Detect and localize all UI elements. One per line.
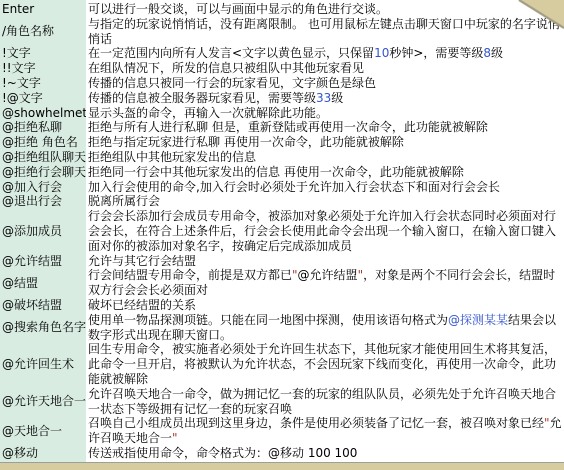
command-cell: @添加成员 [0,209,86,253]
command-cell: !@文字 [0,91,86,106]
table-row: @允许结盟允许与其它行会结盟 [0,254,564,269]
description-cell: 加入行会使用的命令,加入行会时必须处于允许加入行会状态下和面对行会会长 [86,180,564,195]
table-row: Enter可以进行一般交谈，可以与画面中显示的角色进行交谈。 [0,2,564,17]
table-row: @拒绝私聊拒绝与所有人进行私聊 但是，重新登陆或再使用一次命令，此功能就被解除 [0,120,564,135]
description-cell: 破坏已经结盟的关系 [86,298,564,313]
description-text: 级 [331,91,343,105]
description-cell: 召唤自己小组成员出现到这里身边，条件是使用必须装备了记忆一套，被召唤对象已经"允… [86,416,564,446]
description-text: 在一定范围内向所有人发言<文字以黄色显示，只保留 [88,46,374,60]
table-row: @拒绝行会聊天拒绝同一行会中其他玩家发出的信息 再使用一次命令，此功能就被解除 [0,165,564,180]
description-text: 拒绝同一行会中其他玩家发出的信息 再使用一次命令，此功能就被解除 [88,165,464,179]
command-cell: @搜索角色名字 [0,313,86,343]
description-cell: 拒绝与指定玩家进行私聊 再使用一次命令，此功能就被解除 [86,135,564,150]
table-row: @允许回生术回生专用命令，被实施者必须处于允许回生状态下，其他玩家才能使用回生术… [0,342,564,386]
table-row: @退出行会脱离所属行会 [0,194,564,209]
description-text: 显示头盔的命令，再输入一次就解除此功能。 [88,106,328,120]
command-cell: @天地合一 [0,416,86,446]
description-highlight: 8 [483,46,491,60]
description-highlight: 33 [316,91,331,105]
description-text: 可以进行一般交谈，可以与画面中显示的角色进行交谈。 [88,2,388,16]
description-text: 允许与其它行会结盟 [88,254,196,268]
description-text: 允许召唤天地合一命令，做为拥记忆一套的玩家的组队队员，必须先处于允许召唤天地合一… [88,387,556,416]
command-cell: @加入行会 [0,180,86,195]
table-row: /角色名称与指定的玩家说悄悄话，没有距离限制。 也可用鼠标左键点击聊天窗口中玩家… [0,17,564,47]
command-cell: Enter [0,2,86,17]
table-row: @showhelmet显示头盔的命令，再输入一次就解除此功能。 [0,106,564,121]
description-text: 破坏已经结盟的关系 [88,298,196,312]
description-highlight: @探测某某 [448,313,508,327]
description-cell: 传播的信息被全服务器玩家看见，需要等级33级 [86,91,564,106]
table-row: !~文字传播的信息只被同一行会的玩家看见，文字颜色是绿色 [0,76,564,91]
description-cell: 脱离所属行会 [86,194,564,209]
description-cell: 拒绝组队中其他玩家发出的信息 [86,150,564,165]
table-row: !@文字传播的信息被全服务器玩家看见，需要等级33级 [0,91,564,106]
table-row: @移动传送戒指使用命令，命令格式为：@移动 100 100 [0,446,564,461]
table-row: !文字在一定范围内向所有人发言<文字以黄色显示，只保留10秒钟>，需要等级8级 [0,46,564,61]
command-cell: @拒绝 角色名 [0,135,86,150]
description-text: 加入行会使用的命令,加入行会时必须处于允许加入行会状态下和面对行会会长 [88,180,500,194]
table-row: @结盟行会间结盟专用命令，前提是双方都已"@允许结盟"，对象是两个不同行会会长，… [0,268,564,298]
description-cell: 回生专用命令，被实施者必须处于允许回生状态下，其他玩家才能使用回生术将其复活，此… [86,342,564,386]
command-cell: @拒绝组队聊天 [0,150,86,165]
table-row: @加入行会加入行会使用的命令,加入行会时必须处于允许加入行会状态下和面对行会会长 [0,180,564,195]
description-cell: 显示头盔的命令，再输入一次就解除此功能。 [86,106,564,121]
table-row: !!文字在组队情况下，所发的信息只被组队中其他玩家看见 [0,61,564,76]
description-cell: 允许与其它行会结盟 [86,254,564,269]
command-cell: !~文字 [0,76,86,91]
description-text: 使用单一物品探测项链。只能在同一地图中探测，使用该语句格式为 [88,313,448,327]
table-row: @天地合一召唤自己小组成员出现到这里身边，条件是使用必须装备了记忆一套，被召唤对… [0,416,564,446]
table-row: @拒绝 角色名拒绝与指定玩家进行私聊 再使用一次命令，此功能就被解除 [0,135,564,150]
description-cell: 行会会长添加行会成员专用命令，被添加对象必须处于允许加入行会状态同时必须面对行会… [86,209,564,253]
description-cell: 在一定范围内向所有人发言<文字以黄色显示，只保留10秒钟>，需要等级8级 [86,46,564,61]
command-cell: @移动 [0,446,86,461]
description-text: 拒绝组队中其他玩家发出的信息 [88,150,256,164]
panel-bottom-edge [0,462,564,463]
description-text: 回生专用命令，被实施者必须处于允许回生状态下，其他玩家才能使用回生术将其复活，此… [88,342,556,386]
description-cell: 拒绝同一行会中其他玩家发出的信息 再使用一次命令，此功能就被解除 [86,165,564,180]
description-cell: 传播的信息只被同一行会的玩家看见，文字颜色是绿色 [86,76,564,91]
description-cell: 传送戒指使用命令，命令格式为：@移动 100 100 [86,446,564,461]
command-table: Enter可以进行一般交谈，可以与画面中显示的角色进行交谈。/角色名称与指定的玩… [0,0,564,461]
table-row: @添加成员行会会长添加行会成员专用命令，被添加对象必须处于允许加入行会状态同时必… [0,209,564,253]
command-cell: @允许结盟 [0,254,86,269]
command-cell: @拒绝私聊 [0,120,86,135]
command-cell: @退出行会 [0,194,86,209]
command-cell: @结盟 [0,268,86,298]
command-cell: @允许回生术 [0,342,86,386]
description-text: @允许结盟 [298,268,358,282]
description-text: 拒绝与指定玩家进行私聊 再使用一次命令，此功能就被解除 [88,135,404,149]
command-cell: @拒绝行会聊天 [0,165,86,180]
description-text: 级 [491,46,503,60]
command-cell: !文字 [0,46,86,61]
command-cell: @允许天地合一 [0,387,86,417]
description-text: 行会会长添加行会成员专用命令，被添加对象必须处于允许加入行会状态同时必须面对行会… [88,209,556,253]
description-cell: 行会间结盟专用命令，前提是双方都已"@允许结盟"，对象是两个不同行会会长，结盟时… [86,268,564,298]
description-cell: 拒绝与所有人进行私聊 但是，重新登陆或再使用一次命令，此功能就被解除 [86,120,564,135]
description-text: 拒绝与所有人进行私聊 但是，重新登陆或再使用一次命令，此功能就被解除 [88,120,488,134]
description-text: 传播的信息只被同一行会的玩家看见，文字颜色是绿色 [88,76,376,90]
command-cell: @破坏结盟 [0,298,86,313]
description-text: 秒钟>，需要等级 [389,46,483,60]
table-row: @搜索角色名字使用单一物品探测项链。只能在同一地图中探测，使用该语句格式为@探测… [0,313,564,343]
command-reference-panel: Enter可以进行一般交谈，可以与画面中显示的角色进行交谈。/角色名称与指定的玩… [0,0,564,462]
description-text: 与指定的玩家说悄悄话，没有距离限制。 也可用鼠标左键点击聊天窗口中玩家的名字说悄… [88,17,560,46]
command-cell: @showhelmet [0,106,86,121]
command-cell: /角色名称 [0,17,86,47]
description-text: 脱离所属行会 [88,194,160,208]
description-cell: 使用单一物品探测项链。只能在同一地图中探测，使用该语句格式为@探测某某结果会以数… [86,313,564,343]
description-cell: 与指定的玩家说悄悄话，没有距离限制。 也可用鼠标左键点击聊天窗口中玩家的名字说悄… [86,17,564,47]
description-cell: 允许召唤天地合一命令，做为拥记忆一套的玩家的组队队员，必须先处于允许召唤天地合一… [86,387,564,417]
description-cell: 可以进行一般交谈，可以与画面中显示的角色进行交谈。 [86,2,564,17]
description-text: 行会间结盟专用命令，前提是双方都已 [88,268,292,282]
command-cell: !!文字 [0,61,86,76]
description-text: 在组队情况下，所发的信息只被组队中其他玩家看见 [88,61,364,75]
table-row: @允许天地合一允许召唤天地合一命令，做为拥记忆一套的玩家的组队队员，必须先处于允… [0,387,564,417]
table-row: @破坏结盟破坏已经结盟的关系 [0,298,564,313]
description-text: 召唤自己小组成员出现到这里身边，条件是使用必须装备了记忆一套，被召唤对象已经 [88,416,544,430]
description-highlight: 10 [374,46,389,60]
description-cell: 在组队情况下，所发的信息只被组队中其他玩家看见 [86,61,564,76]
description-highlight: " [172,431,178,445]
table-row: @拒绝组队聊天拒绝组队中其他玩家发出的信息 [0,150,564,165]
description-text: 传送戒指使用命令，命令格式为：@移动 100 100 [88,446,357,460]
description-text: 传播的信息被全服务器玩家看见，需要等级 [88,91,316,105]
